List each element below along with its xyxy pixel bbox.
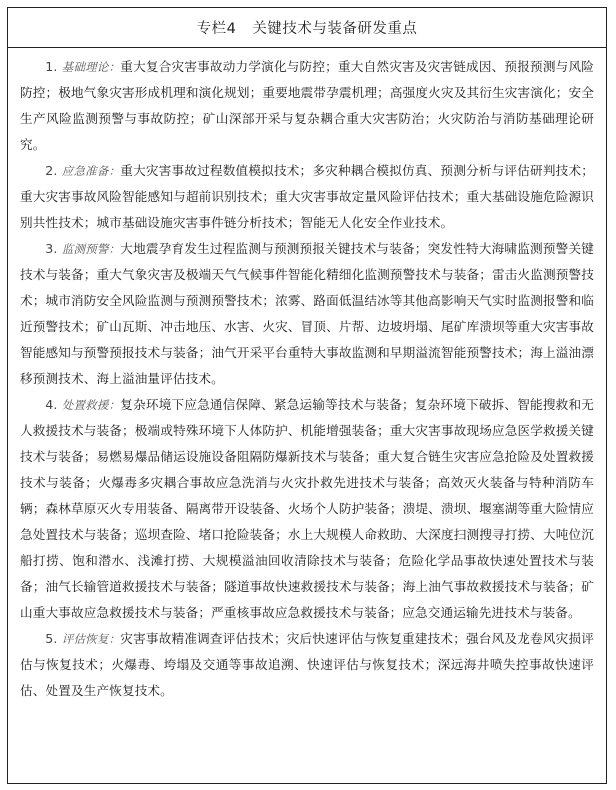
section-number: 2. (45, 163, 57, 178)
section-emergency-preparation: 2. 应急准备：重大灾害事故过程数值模拟技术；多灾种耦合模拟仿真、预测分析与评估… (20, 158, 594, 236)
section-label: 应急准备： (62, 164, 121, 178)
section-label: 评估恢复： (62, 632, 121, 646)
column-title-text: 关键技术与装备研发重点 (252, 21, 417, 37)
section-label: 处置救援： (62, 398, 121, 412)
section-body: 复杂环境下应急通信保障、紧急运输等技术与装备；复杂环境下破拆、智能搜救和无人救援… (20, 397, 594, 620)
column-content: 1. 基础理论：重大复合灾害事故动力学演化与防控；重大自然灾害及灾害链成因、预报… (8, 48, 606, 704)
section-number: 4. (45, 397, 57, 412)
column-title-row: 专栏4关键技术与装备研发重点 (8, 8, 606, 48)
section-number: 5. (45, 631, 57, 646)
section-body: 大地震孕育发生过程监测与预测预报关键技术与装备；突发性特大海啸监测预警关键技术与… (20, 241, 594, 386)
section-rescue-response: 4. 处置救援：复杂环境下应急通信保障、紧急运输等技术与装备；复杂环境下破拆、智… (20, 392, 594, 626)
section-label: 监测预警： (62, 242, 121, 256)
column-title-prefix: 专栏4 (197, 21, 237, 37)
section-basic-theory: 1. 基础理论：重大复合灾害事故动力学演化与防控；重大自然灾害及灾害链成因、预报… (20, 54, 594, 158)
section-number: 3. (45, 241, 57, 256)
column-title: 专栏4关键技术与装备研发重点 (197, 17, 418, 38)
section-monitoring-warning: 3. 监测预警：大地震孕育发生过程监测与预测预报关键技术与装备；突发性特大海啸监… (20, 236, 594, 392)
column-box: 专栏4关键技术与装备研发重点 1. 基础理论：重大复合灾害事故动力学演化与防控；… (7, 7, 607, 784)
section-assessment-recovery: 5. 评估恢复：灾害事故精准调查评估技术；灾后快速评估与恢复重建技术；强台风及龙… (20, 626, 594, 704)
section-number: 1. (45, 59, 57, 74)
section-label: 基础理论： (62, 60, 121, 74)
